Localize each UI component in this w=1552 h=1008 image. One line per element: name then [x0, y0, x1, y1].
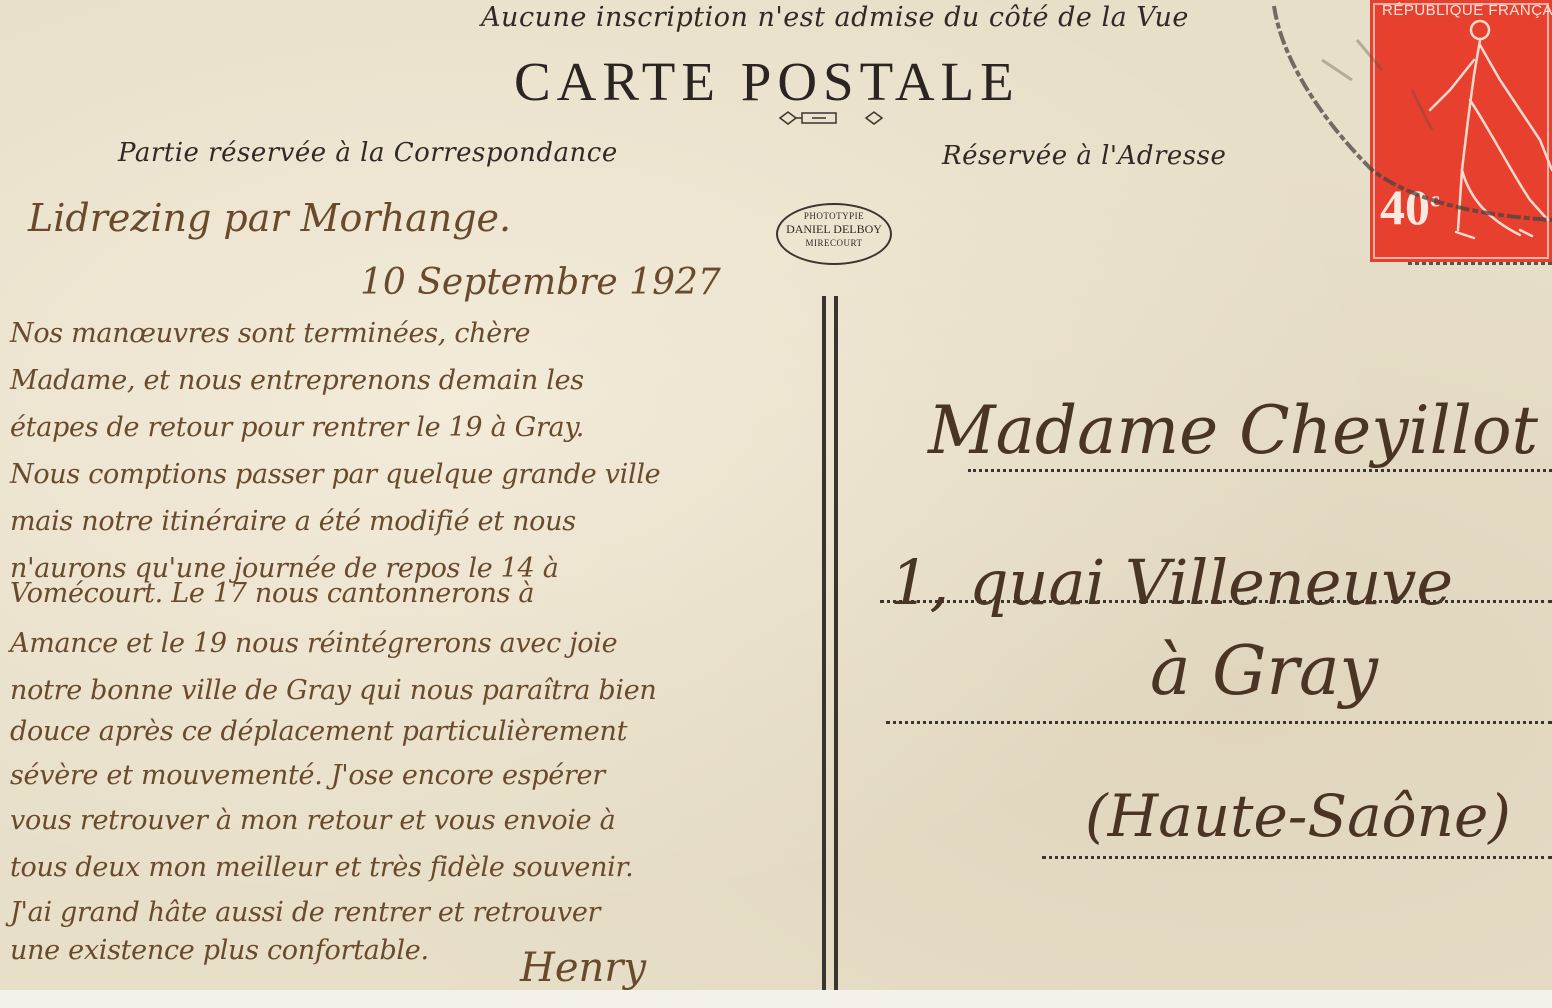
- address-street: 1, quai Villeneuve: [890, 546, 1453, 619]
- message-line: Nous comptions passer par quelque grande…: [10, 459, 660, 490]
- message-line: Nos manœuvres sont terminées, chère: [10, 318, 530, 349]
- correspondence-label: Partie réservée à la Correspondance: [118, 138, 618, 168]
- postmark-icon: [1262, 0, 1552, 260]
- message-line: Vomécourt. Le 17 nous cantonnerons à: [10, 578, 534, 609]
- address-rule-3: [886, 721, 1552, 724]
- message-line: étapes de retour pour rentrer le 19 à Gr…: [10, 412, 584, 443]
- publisher-stamp: PHOTOTYPIE DANIEL DELBOY MIRECOURT: [776, 203, 892, 265]
- address-recipient: Madame Cheyillot: [928, 392, 1538, 469]
- ornament-icon: [778, 108, 888, 128]
- message-line: douce après ce déplacement particulièrem…: [10, 716, 627, 747]
- message-line: notre bonne ville de Gray qui nous paraî…: [10, 675, 657, 706]
- scan-margin: [0, 990, 1552, 1008]
- center-divider-right: [834, 296, 838, 996]
- message-line: vous retrouver à mon retour et vous envo…: [10, 805, 615, 836]
- center-divider-left: [822, 296, 826, 996]
- signature: Henry: [520, 945, 646, 991]
- message-line: Amance et le 19 nous réintégrerons avec …: [10, 628, 617, 659]
- message-line: mais notre itinéraire a été modifié et n…: [10, 506, 576, 537]
- address-label: Réservée à l'Adresse: [942, 141, 1226, 171]
- message-date: 10 Septembre 1927: [360, 262, 721, 303]
- publisher-line-2: DANIEL DELBOY: [778, 222, 890, 237]
- card-title: CARTE POSTALE: [514, 50, 1020, 113]
- address-city: à Gray: [1150, 632, 1378, 711]
- address-rule-4: [1042, 856, 1552, 859]
- address-region: (Haute-Saône): [1085, 782, 1511, 850]
- address-rule-1: [968, 469, 1552, 472]
- message-line: J'ai grand hâte aussi de rentrer et retr…: [10, 897, 600, 928]
- publisher-line-1: PHOTOTYPIE: [778, 211, 890, 221]
- stamp-perforation: [1408, 262, 1552, 265]
- message-line: tous deux mon meilleur et très fidèle so…: [10, 852, 633, 883]
- publisher-line-3: MIRECOURT: [778, 238, 890, 248]
- message-line: une existence plus confortable.: [10, 935, 429, 966]
- message-line: sévère et mouvementé. J'ose encore espér…: [10, 760, 605, 791]
- message-line: Madame, et nous entreprenons demain les: [10, 365, 584, 396]
- message-place: Lidrezing par Morhange.: [28, 196, 511, 240]
